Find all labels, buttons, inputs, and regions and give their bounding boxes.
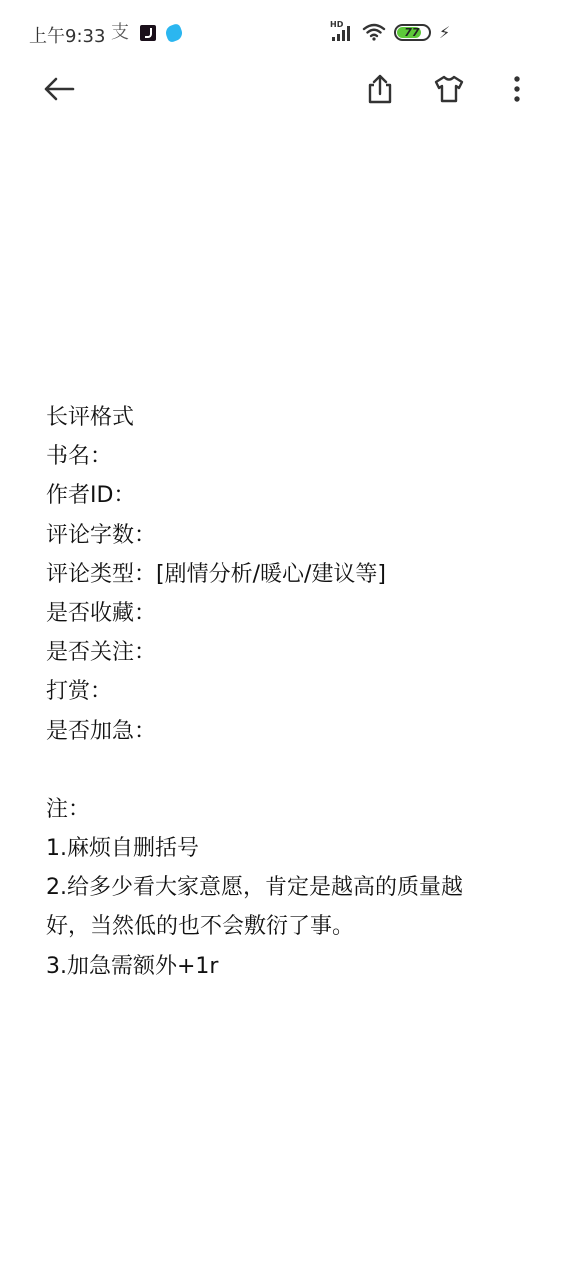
note-title: 长评格式: [46, 398, 536, 437]
note-item-3: 3.加急需额外+1r: [46, 947, 536, 986]
toolbar: [0, 66, 576, 112]
tshirt-icon: [433, 74, 465, 104]
system-icons: HD 77 ⚡: [330, 22, 450, 42]
note-item-2: 2.给多少看大家意愿，肯定是越高的质量越: [46, 868, 536, 907]
arrow-left-icon: [42, 76, 76, 102]
signal-icon: HD: [330, 22, 354, 42]
tiktok-icon: [140, 25, 156, 41]
field-book-name: 书名：: [46, 437, 536, 476]
status-time: 上午9:33: [29, 22, 105, 48]
note-content[interactable]: 长评格式 书名： 作者ID： 评论字数： 评论类型：[剧情分析/暖心/建议等] …: [46, 398, 536, 986]
share-icon: [366, 73, 394, 105]
note-item-2-cont: 好，当然低的也不会敷衍了事。: [46, 907, 536, 946]
note-item-1: 1.麻烦自删括号: [46, 829, 536, 868]
battery-level: 77: [397, 27, 421, 38]
blank-line: [46, 751, 536, 790]
field-review-type: 评论类型：[剧情分析/暖心/建议等]: [46, 555, 536, 594]
field-word-count: 评论字数：: [46, 516, 536, 555]
more-vertical-icon: [513, 75, 521, 103]
more-options-button[interactable]: [494, 66, 540, 112]
notes-heading: 注：: [46, 790, 536, 829]
field-tip: 打赏：: [46, 672, 536, 711]
wifi-icon: [362, 22, 386, 42]
field-rush: 是否加急：: [46, 712, 536, 751]
notification-icons: 支: [110, 23, 182, 43]
battery-icon: 77: [394, 24, 431, 41]
status-bar: 上午9:33 支 HD 77 ⚡: [0, 0, 576, 66]
field-followed: 是否关注：: [46, 633, 536, 672]
blue-app-icon: [164, 23, 185, 44]
charging-icon: ⚡: [439, 23, 450, 42]
field-author-id: 作者ID：: [46, 476, 536, 515]
alipay-icon: 支: [110, 23, 130, 43]
field-bookmarked: 是否收藏：: [46, 594, 536, 633]
battery-percent: 77: [404, 26, 419, 39]
hd-label: HD: [330, 20, 343, 29]
back-button[interactable]: [36, 66, 82, 112]
share-button[interactable]: [357, 66, 403, 112]
theme-button[interactable]: [426, 66, 472, 112]
